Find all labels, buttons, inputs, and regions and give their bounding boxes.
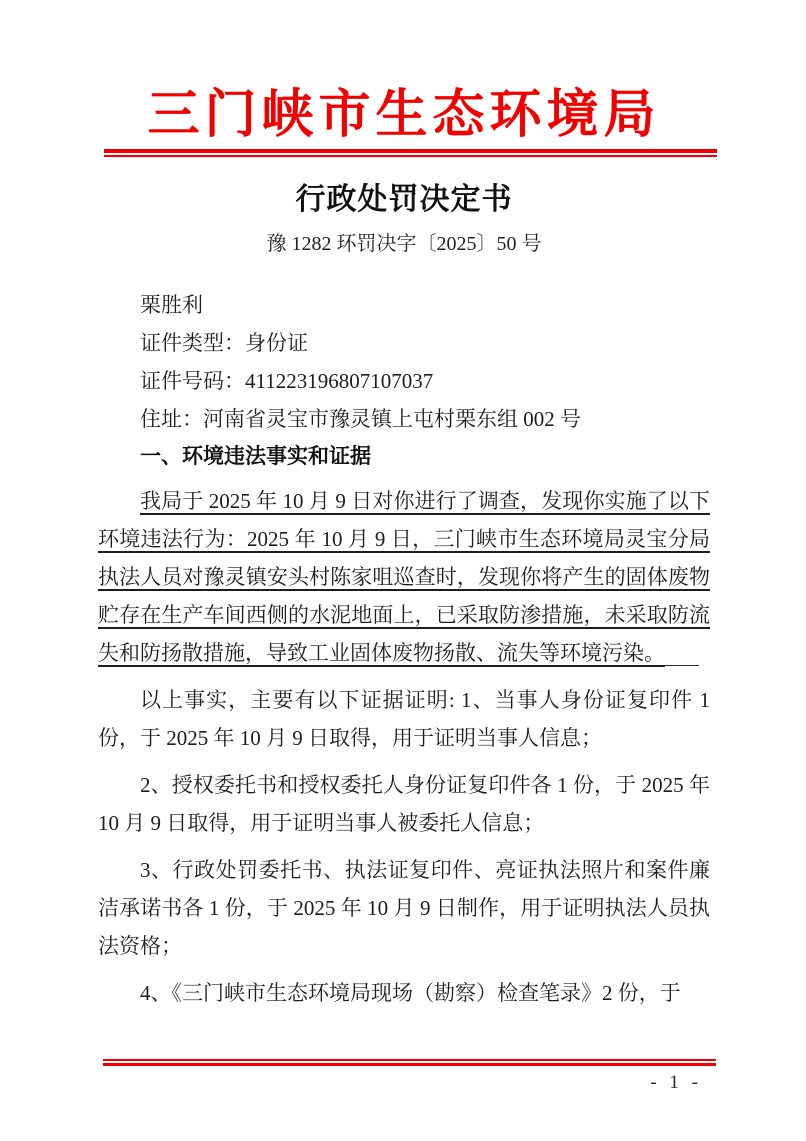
party-address: 住址：河南省灵宝市豫灵镇上屯村栗东组 002 号 bbox=[98, 400, 710, 438]
evidence-item-1: 以上事实，主要有以下证据证明: 1、当事人身份证复印件 1 份，于 2025 年… bbox=[98, 681, 710, 757]
agency-name: 三门峡市生态环境局 bbox=[98, 86, 710, 146]
party-id-type: 证件类型：身份证 bbox=[98, 324, 710, 362]
header-double-rule bbox=[104, 149, 717, 157]
document-number: 豫 1282 环罚决字〔2025〕50 号 bbox=[98, 230, 710, 258]
facts-paragraph-text: 我局于 2025 年 10 月 9 日对你进行了调查，发现你实施了以下环境违法行… bbox=[98, 489, 710, 665]
party-id-number: 证件号码：411223196807107037 bbox=[98, 362, 710, 400]
evidence-item-2: 2、授权委托书和授权委托人身份证复印件各 1 份，于 2025 年 10 月 9… bbox=[98, 766, 710, 842]
section-heading-facts-evidence: 一、环境违法事实和证据 bbox=[98, 438, 710, 476]
document-body: 栗胜利 证件类型：身份证 证件号码：411223196807107037 住址：… bbox=[98, 286, 710, 1012]
evidence-item-3: 3、行政处罚委托书、执法证复印件、亮证执法照片和案件廉洁承诺书各 1 份，于 2… bbox=[98, 851, 710, 965]
party-name: 栗胜利 bbox=[98, 286, 710, 324]
page-number: - 1 - bbox=[650, 1072, 702, 1094]
evidence-item-4: 4、《三门峡市生态环境局现场（勘察）检查笔录》2 份，于 bbox=[98, 974, 710, 1012]
penalty-decision-page: { "page": { "accent_red": "#f20000", "pa… bbox=[0, 0, 806, 1141]
footer-double-rule bbox=[103, 1059, 716, 1066]
document-title: 行政处罚决定书 bbox=[98, 181, 710, 219]
facts-paragraph: 我局于 2025 年 10 月 9 日对你进行了调查，发现你实施了以下环境违法行… bbox=[98, 482, 710, 672]
facts-trailing-underline bbox=[665, 663, 699, 666]
